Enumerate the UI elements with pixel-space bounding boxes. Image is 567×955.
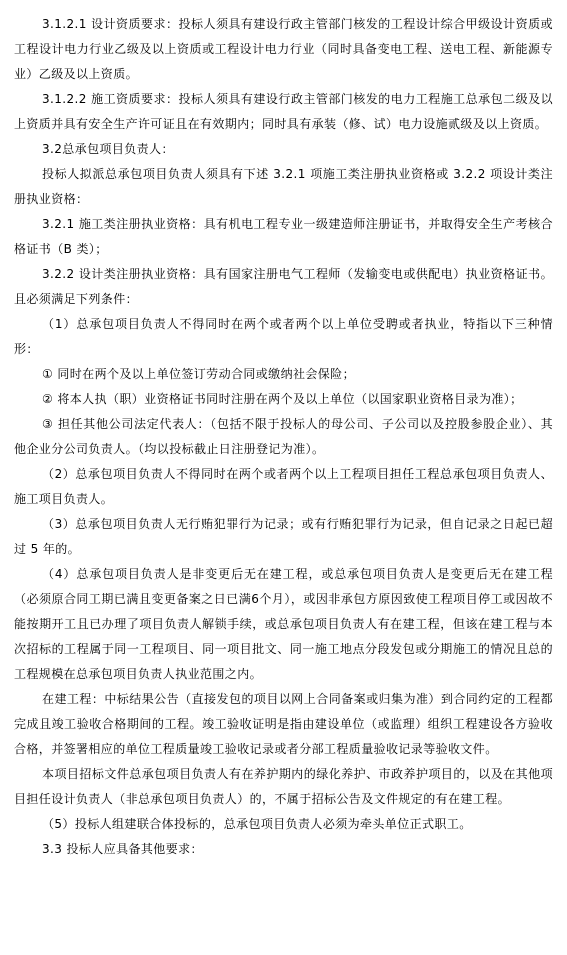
document-page: 3.1.2.1 设计资质要求：投标人须具有建设行政主管部门核发的工程设计综合甲级… [0,0,567,955]
paragraph-condition-1-item-2: ② 将本人执（职）业资格证书同时注册在两个及以上单位（以国家职业资格目录为准）； [14,387,553,412]
paragraph-condition-4: （4）总承包项目负责人是非变更后无在建工程，或总承包项目负责人是变更后无在建工程… [14,562,553,687]
paragraph-condition-5: （5）投标人组建联合体投标的，总承包项目负责人必须为牵头单位正式职工。 [14,812,553,837]
paragraph-condition-1-item-3: ③ 担任其他公司法定代表人：（包括不限于投标人的母公司、子公司以及控股参股企业）… [14,412,553,462]
paragraph-project-manager-intro: 投标人拟派总承包项目负责人须具有下述 3.2.1 项施工类注册执业资格或 3.2… [14,162,553,212]
paragraph-section-3-2-heading: 3.2总承包项目负责人： [14,137,553,162]
paragraph-condition-3: （3）总承包项目负责人无行贿犯罪行为记录；或有行贿犯罪行为记录，但自记录之日起已… [14,512,553,562]
paragraph-in-progress-project-definition: 在建工程：中标结果公告（直接发包的项目以网上合同备案或归集为准）到合同约定的工程… [14,687,553,762]
paragraph-design-qualification: 3.1.2.1 设计资质要求：投标人须具有建设行政主管部门核发的工程设计综合甲级… [14,12,553,87]
paragraph-condition-1-item-1: ① 同时在两个及以上单位签订劳动合同或缴纳社会保险； [14,362,553,387]
paragraph-3-2-1-construction-registration: 3.2.1 施工类注册执业资格：具有机电工程专业一级建造师注册证书，并取得安全生… [14,212,553,262]
paragraph-condition-1: （1）总承包项目负责人不得同时在两个或者两个以上单位受聘或者执业，特指以下三种情… [14,312,553,362]
paragraph-maintenance-exception: 本项目招标文件总承包项目负责人有在养护期内的绿化养护、市政养护项目的，以及在其他… [14,762,553,812]
document-body: 3.1.2.1 设计资质要求：投标人须具有建设行政主管部门核发的工程设计综合甲级… [14,12,553,862]
paragraph-condition-2: （2）总承包项目负责人不得同时在两个或者两个以上工程项目担任工程总承包项目负责人… [14,462,553,512]
paragraph-construction-qualification: 3.1.2.2 施工资质要求：投标人须具有建设行政主管部门核发的电力工程施工总承… [14,87,553,137]
paragraph-section-3-3-heading: 3.3 投标人应具备其他要求： [14,837,553,862]
paragraph-3-2-2-design-registration: 3.2.2 设计类注册执业资格：具有国家注册电气工程师（发输变电或供配电）执业资… [14,262,553,312]
